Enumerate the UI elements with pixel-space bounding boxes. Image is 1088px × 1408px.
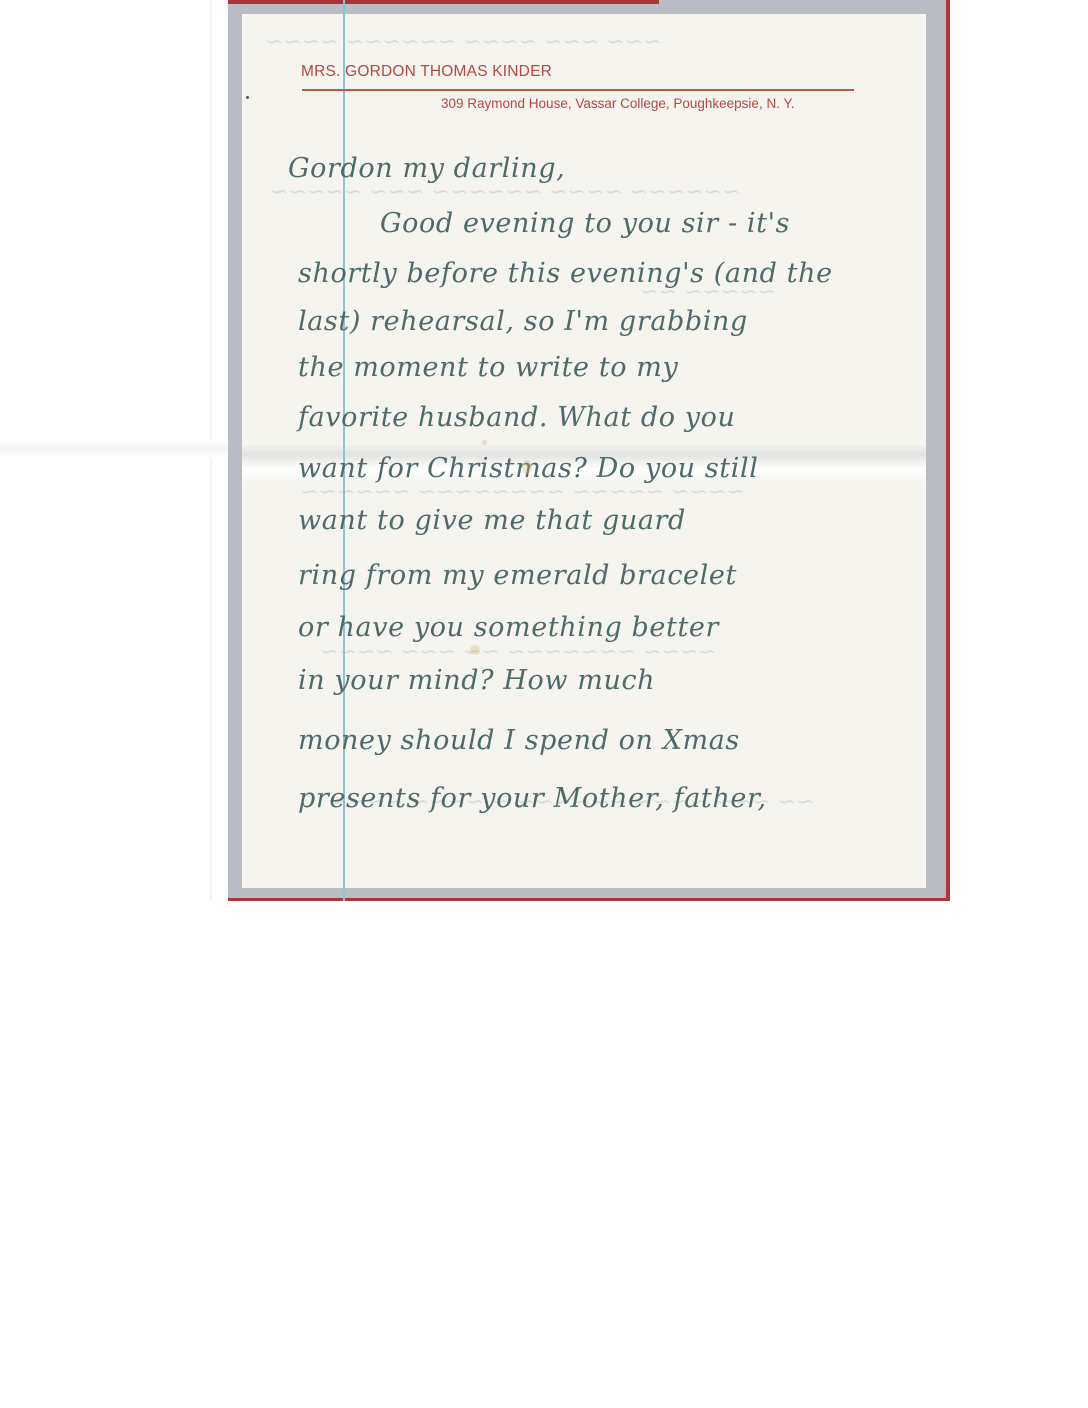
sheet-top-border — [228, 0, 659, 4]
letter-line: shortly before this evening's (and the — [298, 258, 833, 289]
bleed-through-text: ~~~~ ~~~~~~~ ~~ ~~~ ~~~~ — [320, 640, 717, 665]
ink-speck — [246, 96, 249, 99]
letterhead-address: 309 Raymond House, Vassar College, Pough… — [441, 96, 794, 111]
letter-line: money should I spend on Xmas — [298, 725, 740, 756]
letter-line: or have you something better — [298, 612, 719, 643]
letter-line: ring from my emerald bracelet — [298, 560, 737, 591]
letter-line: favorite husband. What do you — [298, 402, 736, 433]
letter-line: last) rehearsal, so I'm grabbing — [298, 306, 748, 337]
letter-line: Good evening to you sir - it's — [380, 208, 790, 239]
paper-stain — [470, 645, 480, 655]
scan-fold-artifact — [0, 440, 230, 458]
letter-line: want to give me that guard — [298, 505, 686, 536]
letter-sheet — [228, 0, 950, 901]
letter-line: the moment to write to my — [298, 352, 678, 383]
letter-line: in your mind? How much — [298, 665, 655, 696]
margin-rule-line — [343, 0, 345, 901]
salutation: Gordon my darling, — [288, 153, 565, 184]
paper-stain — [482, 440, 487, 445]
letterhead-divider — [302, 89, 854, 91]
letter-line: presents for your Mother, father, — [298, 783, 767, 814]
bleed-through-text: ~~~ ~~~ ~~~~ ~~~~~~ ~~~~ — [265, 30, 662, 55]
paper-stain — [522, 460, 532, 474]
letterhead-name: MRS. GORDON THOMAS KINDER — [301, 63, 552, 81]
